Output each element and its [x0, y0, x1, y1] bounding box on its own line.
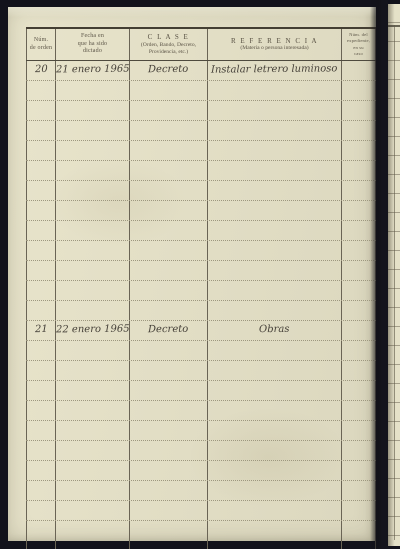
cell-num — [26, 101, 56, 120]
cell-num — [26, 221, 56, 240]
handwritten-referencia: Instalar letrero luminoso — [211, 64, 337, 77]
cell-fecha — [56, 281, 130, 300]
cell-num — [26, 281, 56, 300]
next-page-rule — [394, 25, 395, 540]
table-row — [26, 501, 376, 521]
cell-fecha — [56, 401, 130, 420]
cell-referencia: Instalar letrero luminoso — [208, 61, 342, 80]
ledger-page: Núm. de orden Fecha en que ha sido dicta… — [8, 7, 376, 541]
tail-cell — [56, 540, 130, 549]
table-rule-tail — [26, 540, 376, 549]
handwritten-num: 21 — [35, 324, 48, 336]
cell-referencia — [208, 141, 342, 160]
table-row — [26, 341, 376, 361]
cell-clase — [130, 121, 208, 140]
table-row — [26, 181, 376, 201]
cell-fecha — [56, 361, 130, 380]
cell-num — [26, 421, 56, 440]
cell-fecha — [56, 81, 130, 100]
cell-num — [26, 141, 56, 160]
table-row — [26, 121, 376, 141]
column-header-fecha-label: Fecha en que ha sido dictado — [78, 33, 108, 56]
cell-fecha: 21 enero 1965 — [56, 61, 130, 80]
column-header-expediente-label: Núm. del expediente, en su caso — [347, 32, 370, 57]
cell-fecha — [56, 261, 130, 280]
cell-num — [26, 441, 56, 460]
tail-cell — [208, 540, 342, 549]
column-header-clase: C L A S E (Orden, Bando, Decreto, Provid… — [130, 29, 208, 60]
cell-clase — [130, 521, 208, 540]
cell-fecha — [56, 501, 130, 520]
cell-referencia — [208, 421, 342, 440]
cell-clase — [130, 201, 208, 220]
cell-referencia — [208, 241, 342, 260]
cell-fecha — [56, 481, 130, 500]
table-row: 2122 enero 1965DecretoObras — [26, 321, 376, 341]
table-row — [26, 301, 376, 321]
cell-clase — [130, 161, 208, 180]
table-row — [26, 221, 376, 241]
cell-clase — [130, 441, 208, 460]
cell-num — [26, 401, 56, 420]
paper-edge-highlight — [8, 7, 376, 17]
column-header-referencia-title: R E F E R E N C I A — [231, 37, 318, 45]
handwritten-num: 20 — [35, 64, 48, 76]
cell-clase — [130, 501, 208, 520]
table-row — [26, 381, 376, 401]
cell-fecha — [56, 421, 130, 440]
cell-referencia — [208, 181, 342, 200]
cell-clase — [130, 101, 208, 120]
cell-num — [26, 381, 56, 400]
handwritten-clase: Decreto — [148, 324, 188, 336]
cell-clase — [130, 241, 208, 260]
cell-clase — [130, 461, 208, 480]
table-row — [26, 201, 376, 221]
cell-num — [26, 301, 56, 320]
cell-clase: Decreto — [130, 61, 208, 80]
register-table: Núm. de orden Fecha en que ha sido dicta… — [26, 27, 376, 549]
table-row: 2021 enero 1965DecretoInstalar letrero l… — [26, 61, 376, 81]
table-row — [26, 241, 376, 261]
cell-num: 21 — [26, 321, 56, 340]
cell-num — [26, 461, 56, 480]
column-header-clase-sub: (Orden, Bando, Decreto, Providencia, etc… — [141, 42, 196, 56]
column-header-referencia-sub: (Materia o persona interesada) — [240, 45, 308, 52]
table-row — [26, 441, 376, 461]
cell-clase — [130, 261, 208, 280]
tail-cell — [130, 540, 208, 549]
cell-num: 20 — [26, 61, 56, 80]
column-header-fecha: Fecha en que ha sido dictado — [56, 29, 130, 60]
cell-referencia — [208, 261, 342, 280]
table-row — [26, 161, 376, 181]
cell-fecha — [56, 221, 130, 240]
table-row — [26, 461, 376, 481]
cell-clase — [130, 361, 208, 380]
handwritten-referencia: Obras — [259, 324, 290, 336]
cell-referencia — [208, 441, 342, 460]
cell-referencia — [208, 101, 342, 120]
cell-referencia — [208, 361, 342, 380]
cell-fecha — [56, 141, 130, 160]
scanned-register-photo: { "document": { "type_label": "registro"… — [0, 0, 400, 549]
cell-num — [26, 501, 56, 520]
cell-fecha — [56, 201, 130, 220]
table-row — [26, 421, 376, 441]
cell-clase — [130, 81, 208, 100]
handwritten-clase: Decreto — [148, 64, 188, 76]
cell-num — [26, 121, 56, 140]
cell-fecha — [56, 121, 130, 140]
cell-referencia — [208, 201, 342, 220]
cell-num — [26, 361, 56, 380]
cell-fecha — [56, 181, 130, 200]
table-row — [26, 141, 376, 161]
cell-clase — [130, 401, 208, 420]
cell-clase: Decreto — [130, 321, 208, 340]
cell-num — [26, 261, 56, 280]
cell-referencia — [208, 161, 342, 180]
table-row — [26, 521, 376, 540]
cell-num — [26, 181, 56, 200]
cell-clase — [130, 221, 208, 240]
table-row — [26, 101, 376, 121]
cell-clase — [130, 341, 208, 360]
cell-clase — [130, 181, 208, 200]
table-row — [26, 261, 376, 281]
table-row — [26, 361, 376, 381]
cell-referencia — [208, 501, 342, 520]
handwritten-fecha: 21 enero 1965 — [56, 64, 129, 77]
column-header-num: Núm. de orden — [26, 29, 56, 60]
column-header-clase-title: C L A S E — [148, 33, 190, 41]
cell-fecha — [56, 301, 130, 320]
cell-fecha — [56, 241, 130, 260]
cell-fecha: 22 enero 1965 — [56, 321, 130, 340]
table-header-row: Núm. de orden Fecha en que ha sido dicta… — [26, 29, 376, 61]
cell-clase — [130, 141, 208, 160]
cell-fecha — [56, 441, 130, 460]
cell-clase — [130, 301, 208, 320]
cell-referencia — [208, 401, 342, 420]
cell-num — [26, 521, 56, 540]
cell-referencia — [208, 221, 342, 240]
next-page-edge — [388, 4, 400, 546]
cell-num — [26, 201, 56, 220]
cell-fecha — [56, 161, 130, 180]
cell-num — [26, 81, 56, 100]
cell-referencia — [208, 381, 342, 400]
cell-fecha — [56, 381, 130, 400]
cell-referencia — [208, 81, 342, 100]
cell-referencia — [208, 461, 342, 480]
cell-referencia — [208, 281, 342, 300]
table-row — [26, 281, 376, 301]
cell-num — [26, 241, 56, 260]
cell-referencia — [208, 121, 342, 140]
cell-num — [26, 481, 56, 500]
table-row — [26, 401, 376, 421]
cell-referencia — [208, 301, 342, 320]
table-row — [26, 481, 376, 501]
handwritten-fecha: 22 enero 1965 — [56, 324, 129, 337]
table-row — [26, 81, 376, 101]
cell-fecha — [56, 521, 130, 540]
cell-fecha — [56, 461, 130, 480]
cell-clase — [130, 281, 208, 300]
cell-clase — [130, 481, 208, 500]
cell-clase — [130, 421, 208, 440]
cell-referencia — [208, 481, 342, 500]
column-header-referencia: R E F E R E N C I A (Materia o persona i… — [208, 29, 342, 60]
cell-referencia: Obras — [208, 321, 342, 340]
cell-referencia — [208, 521, 342, 540]
cell-num — [26, 161, 56, 180]
table-body: 2021 enero 1965DecretoInstalar letrero l… — [26, 61, 376, 540]
cell-fecha — [56, 101, 130, 120]
cell-num — [26, 341, 56, 360]
cell-clase — [130, 381, 208, 400]
tail-cell — [26, 540, 56, 549]
column-header-num-label: Núm. de orden — [30, 37, 52, 52]
cell-referencia — [208, 341, 342, 360]
cell-fecha — [56, 341, 130, 360]
page-gutter-shadow — [370, 0, 388, 549]
